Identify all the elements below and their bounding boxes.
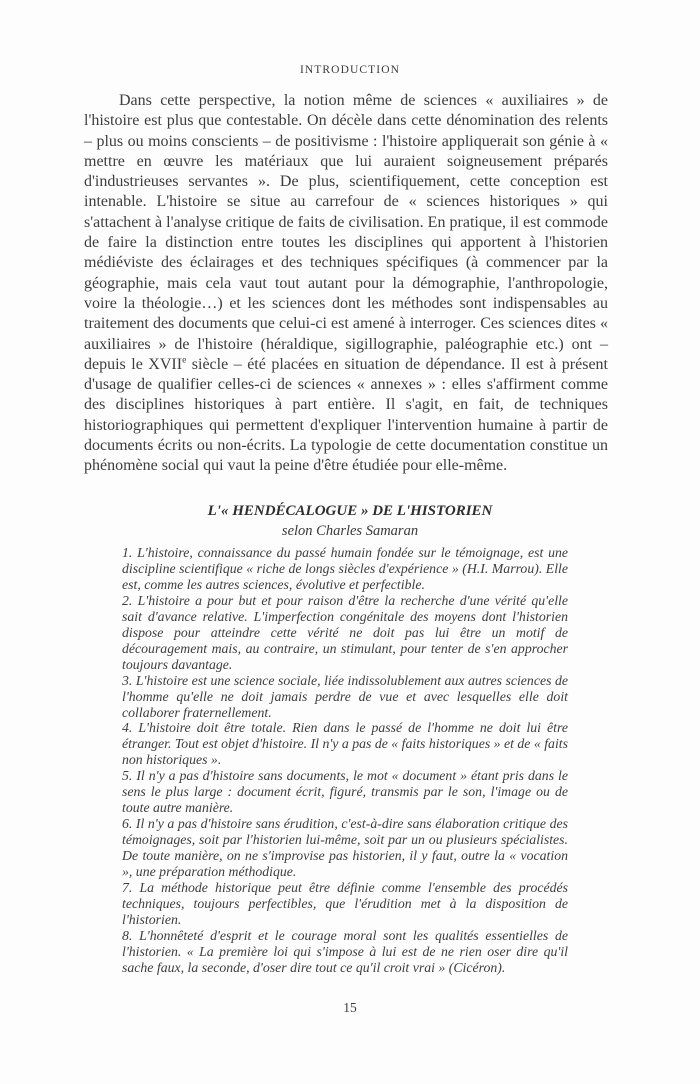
section-subtitle: selon Charles Samaran [0, 523, 700, 540]
intro-text-after-superscript: siècle – été placées en situation de dép… [84, 356, 608, 474]
decalogue-item-5: 5. Il n'y a pas d'histoire sans document… [122, 768, 568, 816]
decalogue-item-7: 7. La méthode historique peut être défin… [122, 880, 568, 928]
page-number: 15 [0, 1000, 700, 1016]
section-title: L'« HENDÉCALOGUE » DE L'HISTORIEN [0, 503, 700, 520]
intro-text-before-superscript: Dans cette perspective, la notion même d… [84, 92, 608, 373]
intro-paragraph: Dans cette perspective, la notion même d… [84, 91, 608, 477]
decalogue-item-4: 4. L'histoire doit être totale. Rien dan… [122, 720, 568, 768]
running-head: INTRODUCTION [0, 64, 700, 76]
decalogue-item-8: 8. L'honnêteté d'esprit et le courage mo… [122, 928, 568, 976]
book-page: INTRODUCTION Dans cette perspective, la … [0, 0, 700, 1084]
decalogue-list: 1. L'histoire, connaissance du passé hum… [122, 545, 568, 976]
decalogue-item-2: 2. L'histoire a pour but et pour raison … [122, 593, 568, 673]
decalogue-item-1: 1. L'histoire, connaissance du passé hum… [122, 545, 568, 593]
decalogue-item-3: 3. L'histoire est une science sociale, l… [122, 673, 568, 721]
decalogue-item-6: 6. Il n'y a pas d'histoire sans éruditio… [122, 816, 568, 880]
